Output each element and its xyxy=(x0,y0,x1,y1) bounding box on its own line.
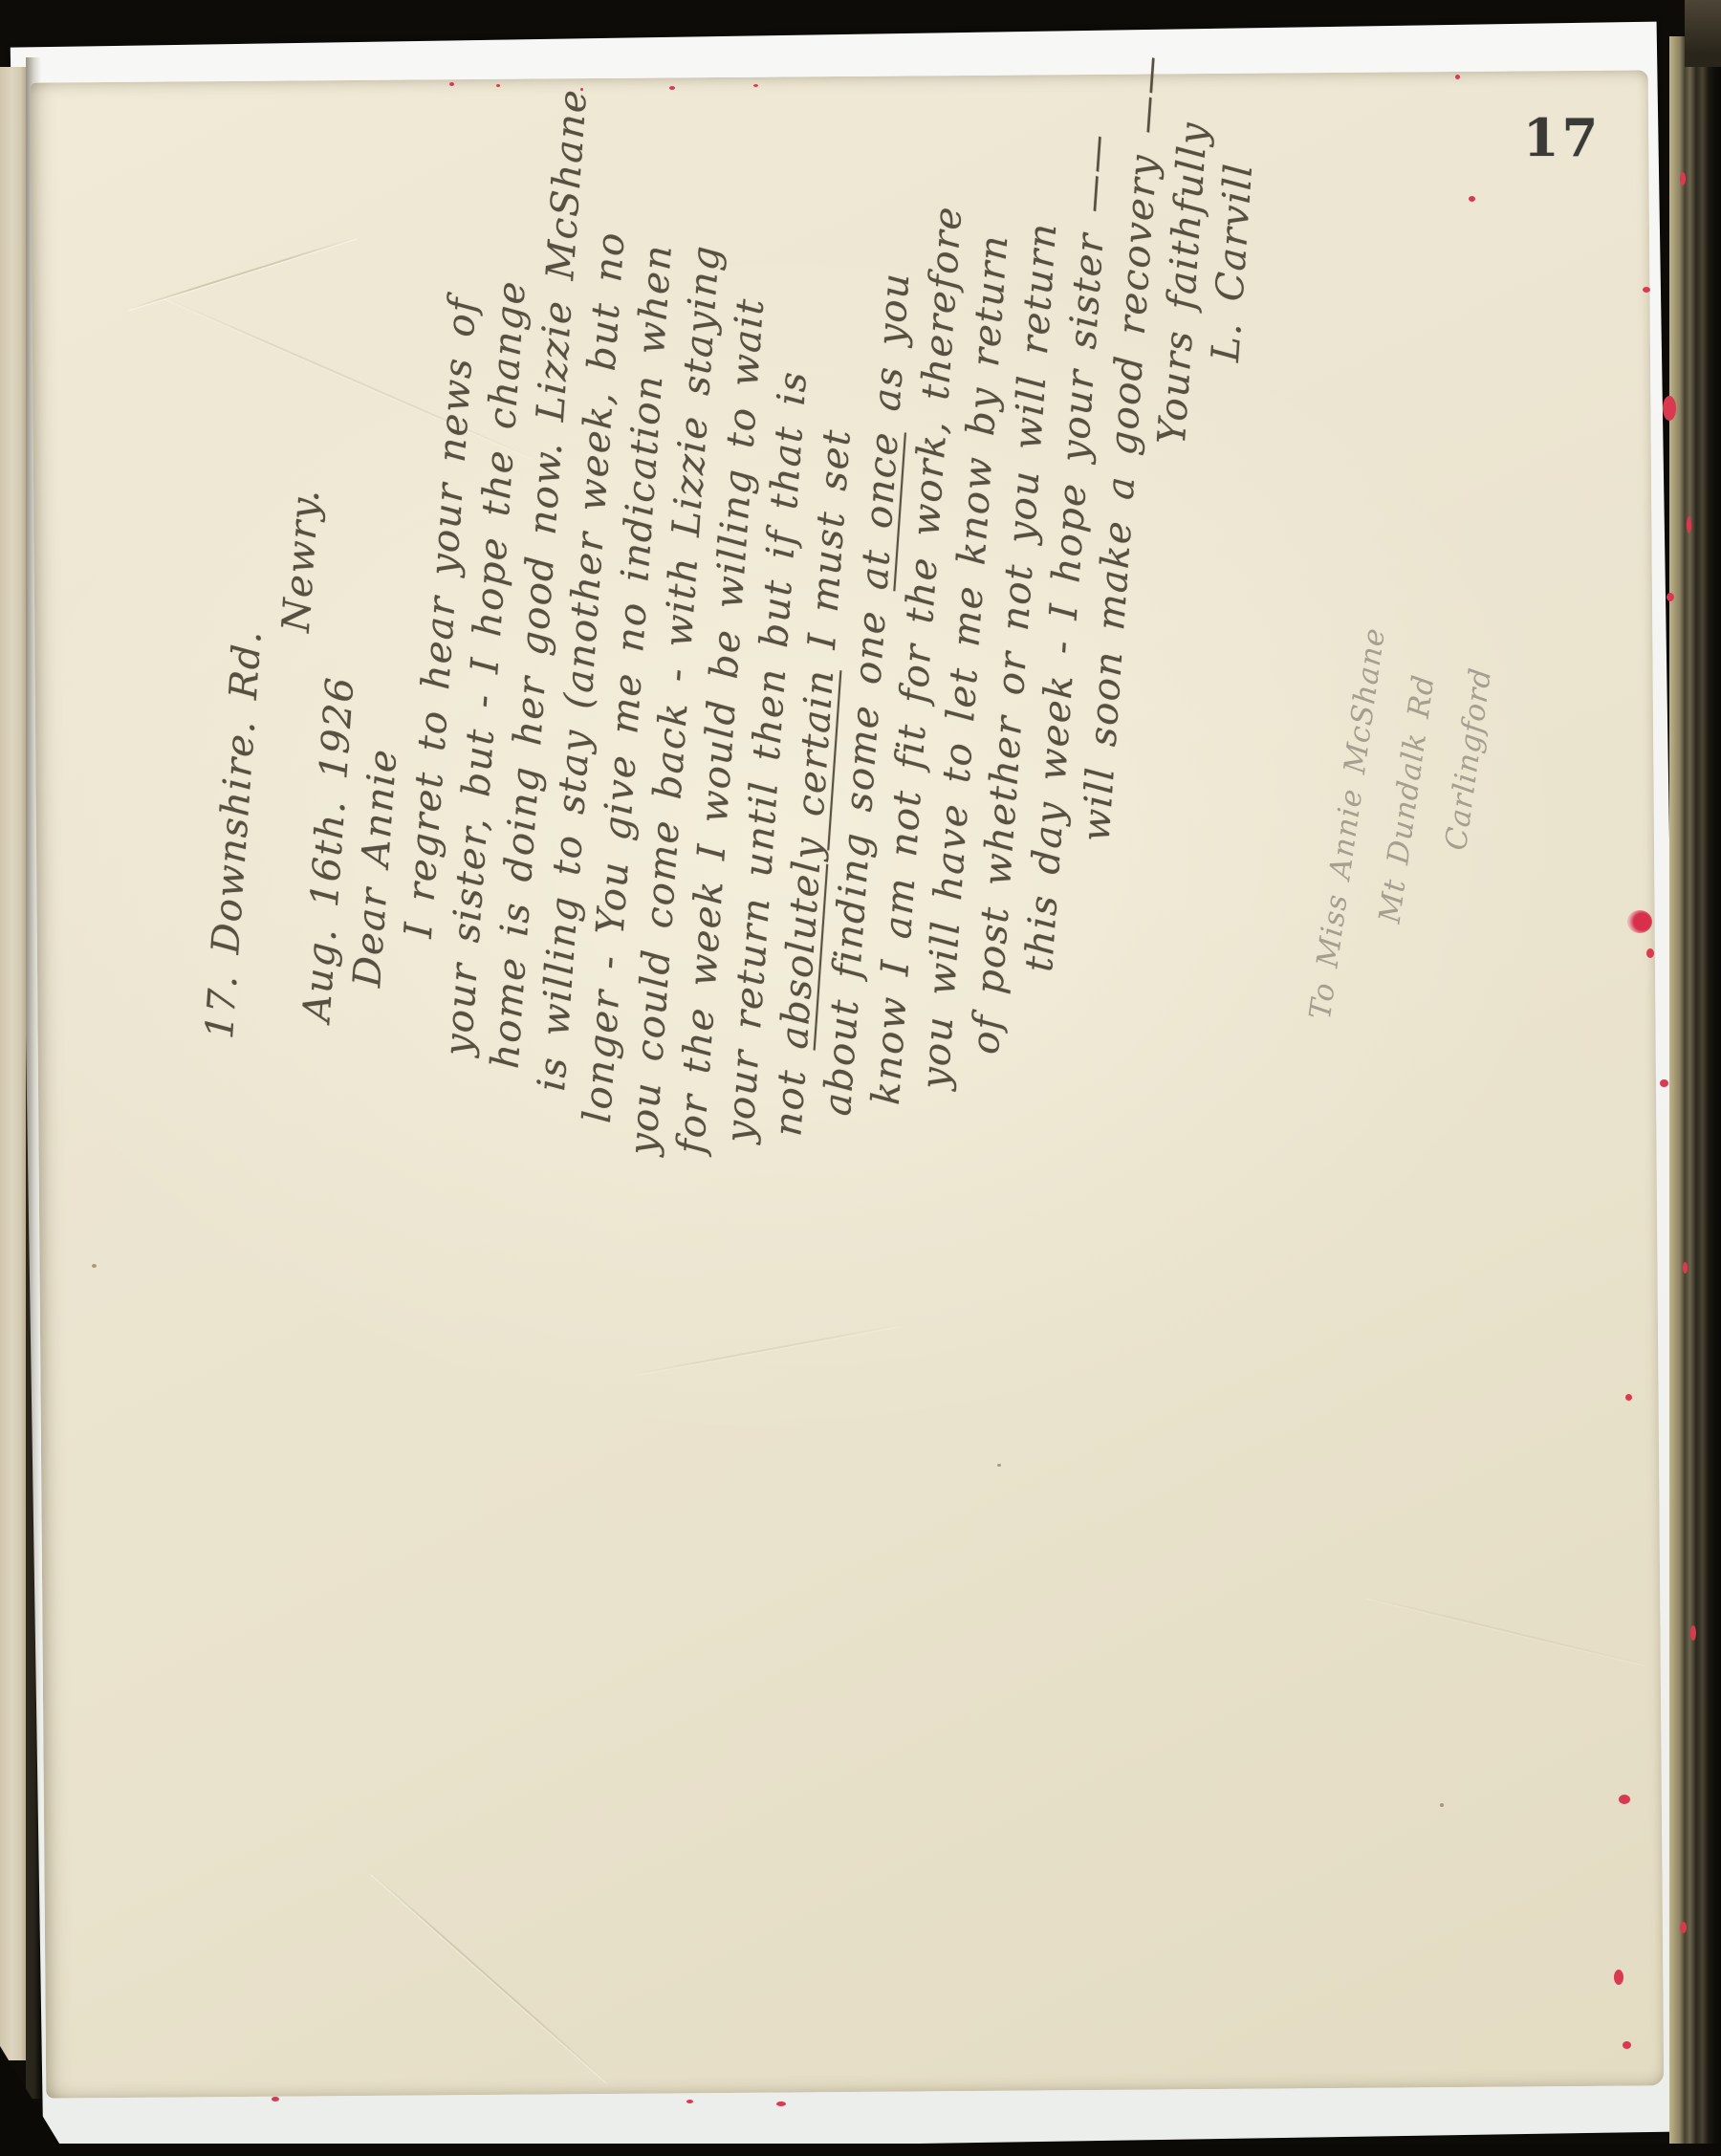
red-speck xyxy=(776,2102,786,2106)
dust-speck xyxy=(997,1464,1001,1467)
red-speck xyxy=(1660,1079,1668,1087)
red-speck xyxy=(449,82,454,86)
bottom-black-band xyxy=(0,2144,1721,2156)
red-speck xyxy=(1663,396,1676,421)
red-speck xyxy=(1469,196,1475,202)
red-speck xyxy=(1643,287,1650,293)
red-dye-blot xyxy=(1627,910,1652,933)
red-speck xyxy=(686,2100,693,2103)
page-number: 17 xyxy=(1523,107,1601,168)
crease-line xyxy=(635,1324,899,1375)
red-speck xyxy=(580,88,583,91)
red-speck xyxy=(1646,948,1654,958)
dust-speck xyxy=(1440,1803,1444,1807)
red-speck xyxy=(272,2097,279,2102)
red-speck xyxy=(1625,1394,1632,1401)
red-speck xyxy=(1690,1625,1696,1641)
red-speck xyxy=(669,86,675,90)
red-speck xyxy=(753,84,758,87)
red-speck xyxy=(1455,75,1460,79)
scanned-album-photograph: { "page": { "number": "17" }, "letter": … xyxy=(0,0,1721,2156)
dust-speck xyxy=(92,1264,97,1268)
red-speck xyxy=(1619,1795,1630,1804)
previous-page-edge xyxy=(0,67,26,2060)
crease-line xyxy=(371,1873,608,2083)
crease-line xyxy=(1365,1596,1645,1665)
red-speck xyxy=(1687,516,1691,534)
red-speck xyxy=(1683,1262,1688,1274)
red-speck xyxy=(1680,172,1686,185)
red-speck xyxy=(496,84,500,87)
red-speck xyxy=(1623,2041,1631,2049)
handwritten-letter: 17. Downshire. Rd.Newry.Aug. 16th. 1926D… xyxy=(196,0,1274,1107)
red-speck xyxy=(1680,1922,1687,1933)
red-speck xyxy=(1614,1970,1623,1985)
book-corner-wedge xyxy=(1685,0,1721,67)
red-speck xyxy=(1667,593,1674,601)
book-page-edges xyxy=(1669,36,1721,2151)
